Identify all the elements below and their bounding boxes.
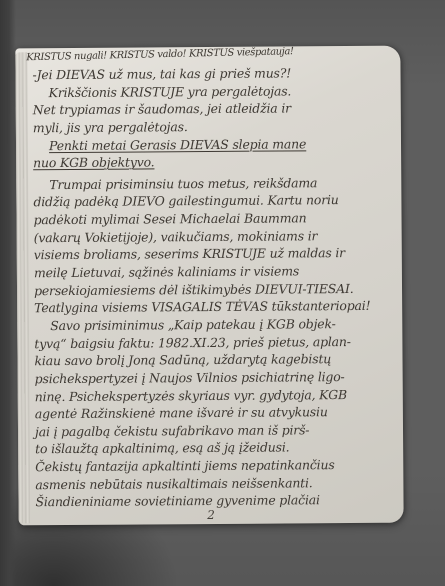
handwriting-line: Teatlygina visiems VISAGALIS TĖVAS tūkst… bbox=[34, 297, 397, 317]
handwriting-line: visiems broliams, seserims KRISTUJE už m… bbox=[34, 244, 397, 264]
handwriting-line: psichekspertyzei į Naujos Vilnios psichi… bbox=[35, 368, 398, 388]
photograph-background: KRISTUS nugali! KRISTUS valdo! KRISTUS v… bbox=[0, 0, 445, 586]
manuscript-page: KRISTUS nugali! KRISTUS valdo! KRISTUS v… bbox=[15, 46, 403, 526]
handwriting-line: KRISTUS nugali! KRISTUS valdo! KRISTUS v… bbox=[26, 43, 395, 66]
handwriting-line: ninę. Psichekspertyzės skyriaus vyr. gyd… bbox=[35, 385, 398, 405]
handwriting-text: KRISTUS nugali! KRISTUS valdo! KRISTUS v… bbox=[32, 49, 398, 512]
page-stack-edge bbox=[15, 52, 30, 523]
page-number: 2 bbox=[19, 507, 404, 524]
handwriting-line: tyvą“ baigsiu faktu: 1982.XI.23, prieš p… bbox=[34, 332, 397, 352]
handwriting-line-heading: nuo KGB objektyvo. bbox=[33, 152, 396, 172]
